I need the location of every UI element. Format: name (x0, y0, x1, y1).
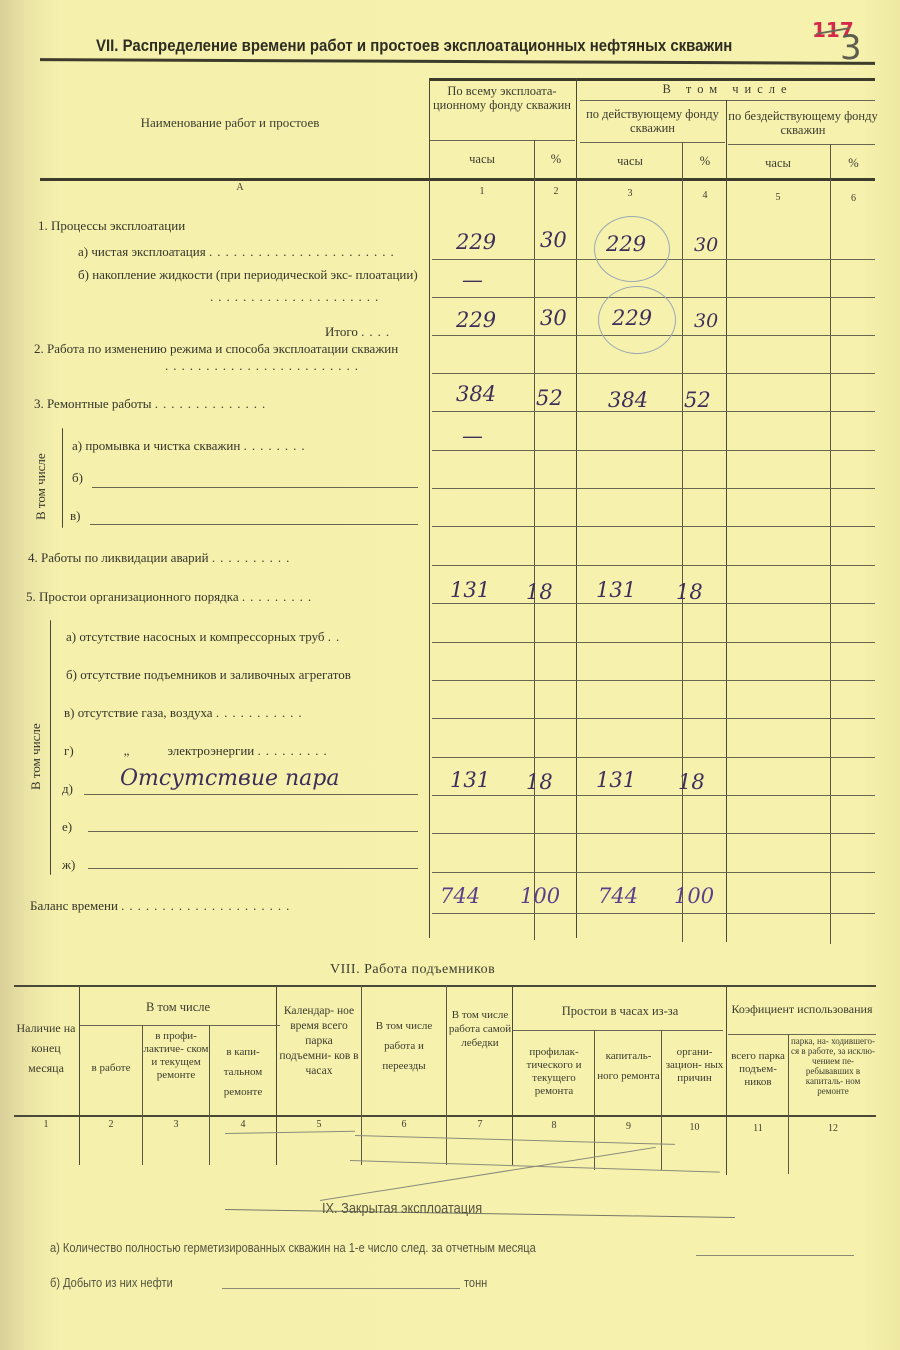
row-rule (432, 757, 875, 758)
row-rule (432, 526, 875, 527)
cell-clean-total-pct: 30 (540, 228, 567, 252)
s8-header-dt-preventive: профилак- тического и текущего ремонта (514, 1046, 594, 1098)
s8-col-line (594, 1030, 595, 1170)
colnum-3: 3 (580, 188, 680, 199)
colnum-1: 1 (432, 186, 532, 197)
row-label-repair-works: 3. Ремонтные работы .............. (34, 396, 270, 412)
s8-header-coefficient: Коэфициент использования (728, 1002, 876, 1016)
s8-colnum-9: 9 (596, 1121, 661, 1132)
cell-steam-active-hours: 131 (596, 768, 636, 792)
cell-clean-total-hours: 229 (456, 230, 496, 254)
s8-header-preventive-repair: в профи- лактиче- ском и текущем ремонте (143, 1030, 209, 1082)
s8-header-in-work: в работе (80, 1062, 142, 1075)
colnum-2: 2 (536, 186, 576, 197)
section8-title: VIII. Работа подъемников (330, 962, 495, 978)
row-label-fluid-accumulation: б) накопление жидкости (при периодическо… (78, 268, 418, 282)
s8-colnum-7: 7 (448, 1119, 512, 1130)
row-label-no-power: г)„электроэнергии ......... (64, 743, 332, 759)
row-label-flushing: а) промывка и чистка скважин ........ (72, 438, 310, 454)
row-label-b-blank: б) (72, 470, 83, 486)
s8-colnum-12: 12 (790, 1123, 876, 1134)
cell-repair-active-pct: 52 (684, 388, 711, 412)
s8-colnum-11: 11 (728, 1123, 788, 1134)
row-label-total: Итого .... (325, 324, 394, 340)
s8-colnum-2: 2 (80, 1119, 142, 1130)
brace-bracket (50, 620, 51, 875)
blank-fill-line (88, 868, 418, 869)
section9-line-b: б) Добыто из них нефти (50, 1275, 173, 1290)
row-rule (432, 833, 875, 834)
row-rule (432, 411, 875, 412)
cell-clean-active-hours: 229 (606, 232, 646, 256)
cell-steam-total-pct: 18 (526, 770, 553, 794)
col-divider-2 (576, 78, 577, 938)
header-bottom-rule (40, 178, 875, 181)
blank-fill-line (90, 524, 418, 525)
s8-header-available: Наличие на конец месяца (14, 1018, 78, 1078)
section9-unit-tons: тонн (464, 1275, 487, 1290)
colnum-6: 6 (832, 193, 875, 204)
cell-org-active-hours: 131 (596, 578, 636, 602)
s8-header-calendar-time: Календар- ное время всего парка подъемни… (278, 1004, 360, 1079)
row-label-v-blank: в) (70, 508, 80, 524)
cell-clean-active-pct: 30 (694, 234, 718, 256)
section9-title: IX. Закрытая эксплоатация (322, 1200, 482, 1217)
row-rule (432, 642, 875, 643)
header-hours-1: часы (432, 152, 532, 166)
cell-balance-active-hours: 744 (598, 884, 638, 908)
hours-rule-2 (580, 142, 725, 143)
cell-repair-active-hours: 384 (608, 388, 648, 412)
row-label-d: д) (62, 781, 73, 797)
header-active-fund: по действующему фонду скважин (580, 107, 725, 135)
cell-balance-total-hours: 744 (440, 884, 480, 908)
group-label-including-2: В том числе (28, 723, 44, 790)
cell-itogo-total-pct: 30 (540, 306, 567, 330)
row-rule (432, 872, 875, 873)
cell-itogo-active-hours: 229 (612, 306, 652, 330)
row-rule (432, 795, 875, 796)
pencil-strike-line (225, 1131, 355, 1134)
row-rule (432, 603, 875, 604)
brace-bracket (62, 428, 63, 528)
including-subrule (80, 1025, 280, 1026)
s8-colnum-5: 5 (278, 1119, 360, 1130)
hours-rule-1 (430, 140, 575, 141)
colnum-4: 4 (684, 190, 726, 201)
s8-header-winch-work: В том числе работа самой лебедки (448, 1008, 512, 1050)
cell-org-total-pct: 18 (526, 580, 553, 604)
s8-col-line (726, 985, 727, 1175)
s8-header-including: В том числе (80, 1000, 276, 1014)
s8-colnum-8: 8 (514, 1120, 594, 1131)
s8-colnum-6: 6 (362, 1119, 446, 1130)
header-top-rule (430, 78, 875, 81)
dot-leader: ........................ (165, 358, 363, 374)
row-label-clean-exploitation: а) чистая эксплоатация .................… (78, 244, 399, 260)
row-rule (432, 488, 875, 489)
row-rule (432, 680, 875, 681)
s8-col-line (276, 985, 277, 1165)
s8-header-all-fleet: всего парка подъем- ников (728, 1050, 788, 1089)
dot-leader: ..................... (210, 289, 383, 305)
row-label-no-pipes: а) отсутствие насосных и компрессорных т… (66, 629, 344, 645)
blank-fill-line (88, 831, 418, 832)
blank-fill-line (84, 794, 418, 795)
col-divider-a (429, 78, 430, 938)
fill-line-a (696, 1255, 854, 1256)
row-label-processes: 1. Процессы эксплоатации (38, 218, 185, 234)
s8-colnum-10: 10 (663, 1122, 726, 1133)
row-rule (432, 450, 875, 451)
cell-steam-total-hours: 131 (450, 768, 490, 792)
section8-top-rule (14, 985, 876, 987)
cell-balance-total-pct: 100 (520, 884, 560, 908)
s8-col-line (788, 1034, 789, 1174)
col-divider-5 (830, 144, 831, 944)
header-hours-5: часы (728, 156, 828, 170)
cell-repair-total-hours: 384 (456, 382, 496, 406)
header-percent-6: % (832, 156, 875, 170)
row-label-time-balance: Баланс времени ..................... (30, 898, 294, 914)
row-label-e: е) (62, 819, 72, 835)
row-label-no-lifts: б) отсутствие подъемников и заливочных а… (66, 667, 351, 683)
cell-steam-active-pct: 18 (678, 770, 705, 794)
s8-colnum-1: 1 (14, 1119, 78, 1130)
title-rule (40, 58, 875, 65)
col-divider-4 (726, 100, 727, 942)
header-idle-fund: по бездействующему фонду скважин (728, 109, 878, 137)
cell-itogo-total-hours: 229 (456, 308, 496, 332)
s8-header-dt-capital: капиталь- ного ремонта (596, 1046, 661, 1086)
hours-rule-3 (728, 144, 875, 145)
s8-col-line (512, 985, 513, 1165)
downtime-subrule (513, 1030, 723, 1031)
blank-fill-line (92, 487, 418, 488)
header-percent-4: % (684, 154, 726, 168)
cell-org-total-hours: 131 (450, 578, 490, 602)
s8-header-work-moves: В том числе работа и переезды (362, 1016, 446, 1076)
row-label-zh: ж) (62, 857, 75, 873)
including-rule (580, 100, 875, 101)
row-rule (432, 718, 875, 719)
row-rule (432, 565, 875, 566)
row-label-no-gas: в) отсутствие газа, воздуха ........... (64, 705, 307, 721)
pencil-strike-line (320, 1147, 656, 1201)
s8-header-fleet-in-work: парка, на- ходившего- ся в работе, за ис… (790, 1036, 876, 1096)
cell-flushing-total-hours: — (462, 424, 483, 448)
colnum-5: 5 (728, 192, 828, 203)
row-label-org-downtime: 5. Простои организационного порядка ....… (26, 589, 316, 605)
header-name-col: Наименование работ и простоев (100, 116, 360, 130)
row-label-accidents: 4. Работы по ликвидации аварий .........… (28, 550, 294, 566)
row-label-mode-change: 2. Работа по изменению режима и способа … (34, 342, 424, 355)
s8-header-capital-repair: в капи- тальном ремонте (210, 1042, 276, 1102)
s8-colnum-3: 3 (143, 1119, 209, 1130)
cell-balance-active-pct: 100 (674, 884, 714, 908)
row-rule (432, 913, 875, 914)
fill-line-b (222, 1288, 460, 1289)
s8-header-dt-organizational: органи- зацион- ных причин (663, 1046, 726, 1085)
header-percent-2: % (536, 152, 576, 166)
colnum-a: А (180, 182, 300, 193)
header-total-fund: По всему эксплоата- ционному фонду скваж… (432, 84, 572, 112)
header-hours-3: часы (580, 154, 680, 168)
header-including: В том числе (580, 82, 875, 96)
row-rule (432, 373, 875, 374)
col-divider-3 (682, 142, 683, 942)
handwritten-no-steam: Отсутствие пара (120, 766, 340, 791)
group-label-including-1: В том числе (33, 453, 49, 520)
cell-itogo-active-pct: 30 (694, 310, 718, 332)
col-divider-1 (534, 140, 535, 940)
coef-subrule (728, 1034, 876, 1035)
cell-repair-total-pct: 52 (536, 386, 563, 410)
section8-header-bottom-rule (14, 1115, 876, 1117)
pencil-strike-line (355, 1135, 675, 1145)
s8-colnum-4: 4 (210, 1119, 276, 1130)
cell-org-active-pct: 18 (676, 580, 703, 604)
section7-title: VII. Распределение времени работ и прост… (96, 36, 732, 56)
cell-accum-total-hours: — (462, 268, 483, 292)
s8-col-line (661, 1030, 662, 1170)
s8-header-downtime: Простои в часах из-за (514, 1004, 726, 1018)
section9-line-a: а) Количество полностью герметизированны… (50, 1240, 536, 1255)
